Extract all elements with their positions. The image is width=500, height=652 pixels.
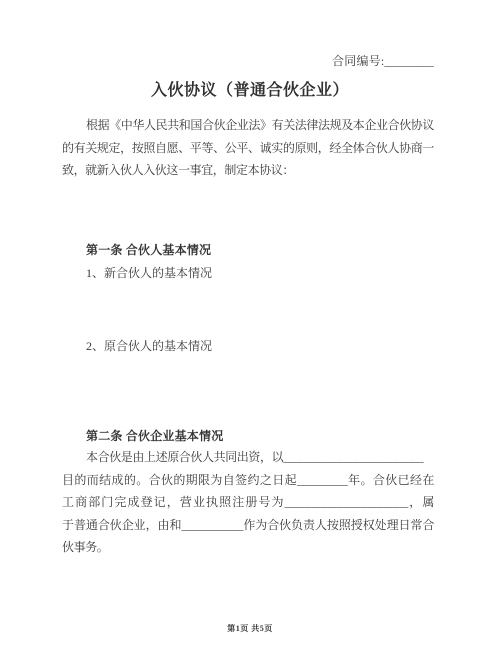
intro-line: 的有关规定，按照自愿、平等、公平、诚实的原则，经全体合伙人协商一 [62, 137, 434, 160]
document-title: 入伙协议（普通合伙企业） [0, 80, 500, 102]
contract-number-label: 合同编号: [332, 54, 384, 68]
article-1-item-new-partner: 1、新合伙人的基本情况 [86, 262, 212, 285]
contract-number-line: 合同编号:________ [332, 53, 434, 69]
article-2-line: 本合伙是由上述原合伙人共同出资，以_______________________… [62, 446, 434, 469]
article-2-line: 于普通合伙企业，由和___________作为合伙负责人按照授权处理日常合 [62, 514, 434, 537]
article-2-line: 伙事务。 [62, 536, 434, 559]
article-2-line: 工商部门完成登记，营业执照注册号为______________________，… [62, 491, 434, 514]
intro-paragraph: 根据《中华人民共和国合伙企业法》有关法律法规及本企业合伙协议 的有关规定，按照自… [62, 114, 434, 182]
contract-number-blank: ________ [384, 54, 434, 68]
article-1-heading: 第一条 合伙人基本情况 [86, 239, 211, 262]
article-2-heading: 第二条 合伙企业基本情况 [86, 425, 223, 448]
article-2-paragraph: 本合伙是由上述原合伙人共同出资，以_______________________… [62, 446, 434, 559]
page-number-footer: 第1页 共5页 [0, 623, 500, 635]
intro-line: 致，就新入伙人入伙这一事宜，制定本协议： [62, 159, 434, 182]
contract-document-page: 合同编号:________ 入伙协议（普通合伙企业） 根据《中华人民共和国合伙企… [0, 0, 500, 652]
article-1-item-original-partner: 2、原合伙人的基本情况 [86, 335, 212, 358]
article-2-line: 目的而结成的。合伙的期限为自签约之日起_________年。合伙已经在 [62, 469, 434, 492]
intro-line: 根据《中华人民共和国合伙企业法》有关法律法规及本企业合伙协议 [62, 114, 434, 137]
